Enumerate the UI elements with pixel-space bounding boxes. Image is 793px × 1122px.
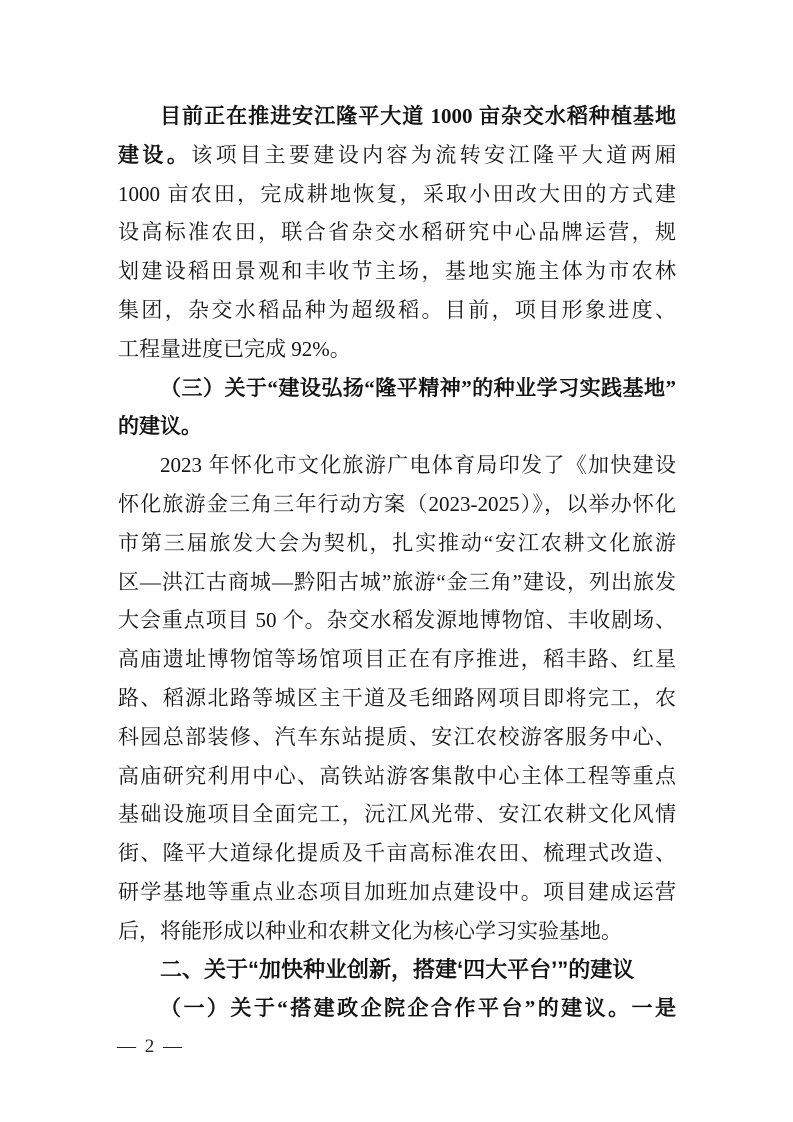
- page-number: — 2 —: [117, 1035, 184, 1059]
- para1-line1: 目前正在推进安江隆平大道 1000 亩杂交水稻种植基地: [118, 97, 676, 136]
- heading-section2-major: 二、关于“加快种业创新，搭建‘四大平台’”的建议: [118, 951, 676, 990]
- para1-line2-bold-run: 建设。: [118, 143, 191, 167]
- para2-line4: 区—洪江古商城—黔阳古城”旅游“金三角”建设，列出旅发: [118, 563, 676, 602]
- para1-line3: 1000 亩农田，完成耕地恢复，采取小田改大田的方式建: [118, 175, 676, 214]
- para1-line6: 集团，杂交水稻品种为超级稻。目前，项目形象进度、: [118, 291, 676, 330]
- para2-line11: 街、隆平大道绿化提质及千亩高标准农田、梳理式改造、: [118, 834, 676, 873]
- para2-line5: 大会重点项目 50 个。杂交水稻发源地博物馆、丰收剧场、: [118, 601, 676, 640]
- para2-line2: 怀化旅游金三角三年行动方案（2023-2025）》，以举办怀化: [118, 485, 676, 524]
- para1-line7: 工程量进度已完成 92%。: [118, 330, 676, 369]
- document-body: 目前正在推进安江隆平大道 1000 亩杂交水稻种植基地 建设。该项目主要建设内容…: [118, 97, 676, 1028]
- para1-line4: 设高标准农田，联合省杂交水稻研究中心品牌运营，规: [118, 213, 676, 252]
- para2-line3: 市第三届旅发大会为契机，扎实推动“安江农耕文化旅游: [118, 524, 676, 563]
- para1-line5: 划建设稻田景观和丰收节主场，基地实施主体为市农林: [118, 252, 676, 291]
- para2-line6: 高庙遗址博物馆等场馆项目正在有序推进，稻丰路、红星: [118, 640, 676, 679]
- para2-line7: 路、稻源北路等城区主干道及毛细路网项目即将完工，农: [118, 679, 676, 718]
- para2-line9: 高庙研究利用中心、高铁站游客集散中心主体工程等重点: [118, 757, 676, 796]
- para2-line10: 基础设施项目全面完工，沅江风光带、安江农耕文化风情: [118, 795, 676, 834]
- para1-line2-regular-run: 该项目主要建设内容为流转安江隆平大道两厢: [191, 143, 676, 167]
- heading-section3-line1: （三）关于“建设弘扬“隆平精神”的种业学习实践基地”: [118, 369, 676, 408]
- heading-section3-line2: 的建议。: [118, 407, 676, 446]
- para2-line13: 后，将能形成以种业和农耕文化为核心学习实验基地。: [118, 912, 676, 951]
- para2-line12: 研学基地等重点业态项目加班加点建设中。项目建成运营: [118, 873, 676, 912]
- heading-subsection1-line1: （一）关于“搭建政企院企合作平台”的建议。一是: [118, 989, 676, 1028]
- para1-line2: 建设。该项目主要建设内容为流转安江隆平大道两厢: [118, 136, 676, 175]
- para2-line1: 2023 年怀化市文化旅游广电体育局印发了《加快建设: [118, 446, 676, 485]
- para2-line8: 科园总部装修、汽车东站提质、安江农校游客服务中心、: [118, 718, 676, 757]
- document-page: 目前正在推进安江隆平大道 1000 亩杂交水稻种植基地 建设。该项目主要建设内容…: [0, 0, 793, 1122]
